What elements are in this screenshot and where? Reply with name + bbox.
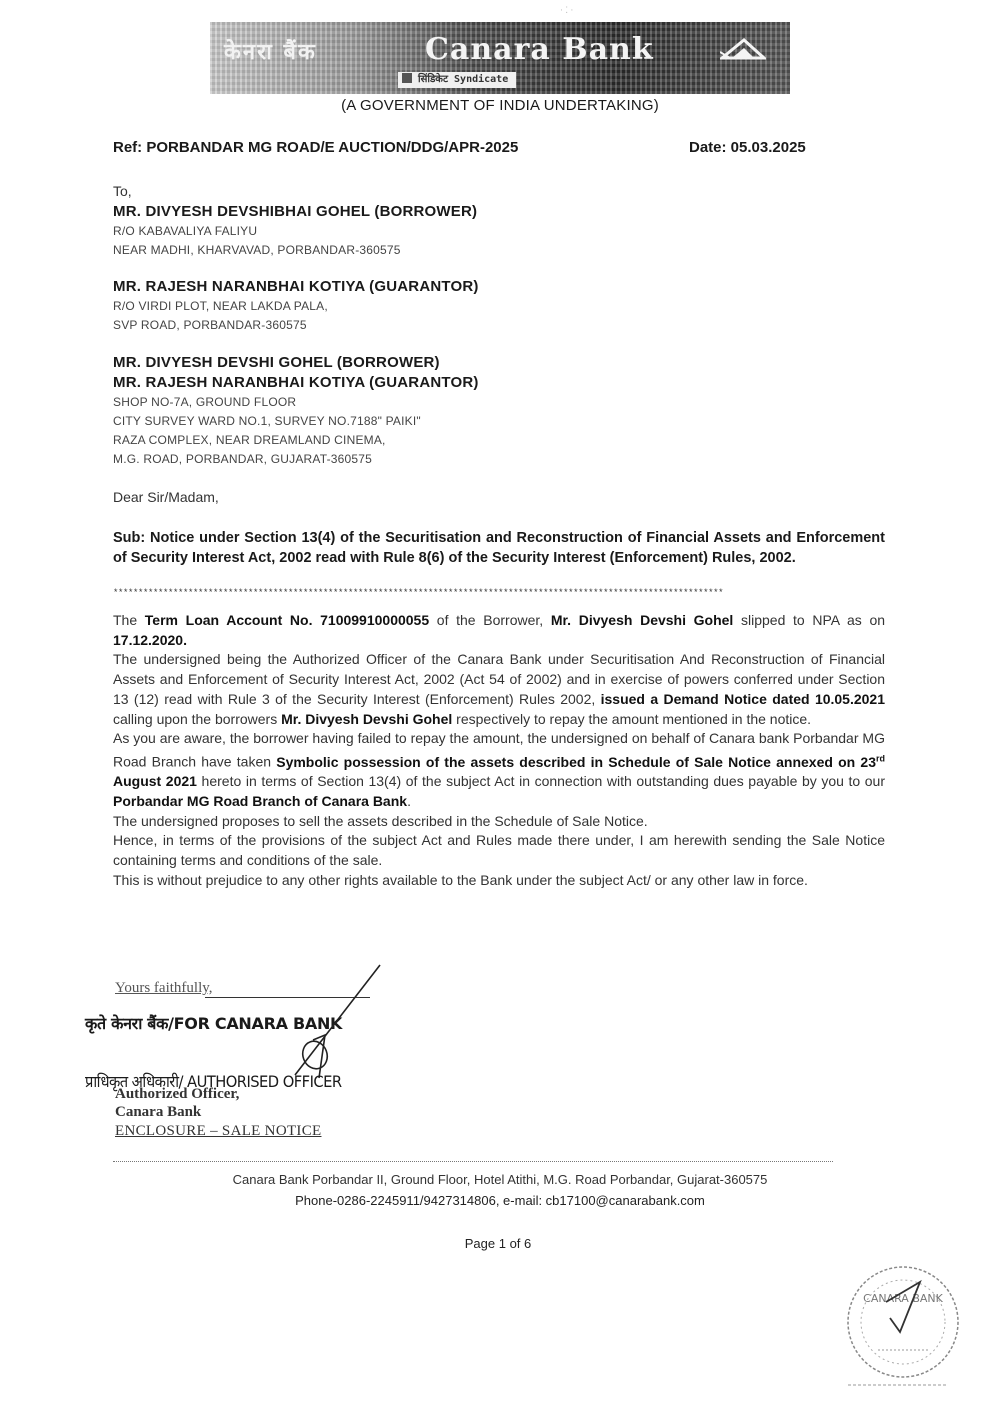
addressee-name: MR. DIVYESH DEVSHI GOHEL (BORROWER) — [113, 353, 479, 373]
syndicate-text: सिंडिकेट Syndicate — [418, 74, 508, 85]
salutation: Dear Sir/Madam, — [113, 489, 219, 505]
address-line: M.G. ROAD, PORBANDAR, GUJARAT-360575 — [113, 450, 479, 469]
body-paragraph-npa: The Term Loan Account No. 71009910000055… — [113, 611, 885, 650]
enclosure-note: ENCLOSURE – SALE NOTICE — [115, 1123, 321, 1140]
bank-name: Canara Bank — [425, 32, 654, 67]
syndicate-tagline: सिंडिकेट Syndicate — [398, 72, 516, 88]
government-undertaking-line: (A GOVERNMENT OF INDIA UNDERTAKING) — [0, 97, 1000, 114]
addressee-name: MR. RAJESH NARANBHAI KOTIYA (GUARANTOR) — [113, 373, 479, 393]
address-line: SHOP NO-7A, GROUND FLOOR — [113, 393, 479, 412]
reference-number: Ref: PORBANDAR MG ROAD/E AUCTION/DDG/APR… — [113, 139, 518, 156]
body-paragraph-possession: As you are aware, the borrower having fa… — [113, 729, 885, 811]
syndicate-logo-icon — [402, 73, 412, 83]
bank-name-hindi: केनरा बैंक — [224, 36, 317, 66]
addressee-block-2: MR. RAJESH NARANBHAI KOTIYA (GUARANTOR) … — [113, 277, 479, 335]
bank-letterhead-banner: केनरा बैंक Canara Bank सिंडिकेट Syndicat… — [210, 22, 790, 94]
scan-specks: · ⁚ · — [560, 5, 573, 16]
address-line: CITY SURVEY WARD NO.1, SURVEY NO.7188" P… — [113, 412, 479, 431]
footer-contact: Phone-0286-2245911/9427314806, e-mail: c… — [0, 1193, 1000, 1208]
signatory-designation: Authorized Officer, — [115, 1086, 239, 1103]
letter-body: The Term Loan Account No. 71009910000055… — [113, 611, 885, 891]
footer-divider — [113, 1161, 833, 1162]
body-paragraph-demand-notice: The undersigned being the Authorized Off… — [113, 650, 885, 729]
footer-address: Canara Bank Porbandar II, Ground Floor, … — [0, 1172, 1000, 1187]
stamp-text: CANARA BANK — [863, 1292, 943, 1305]
address-line: R/O VIRDI PLOT, NEAR LAKDA PALA, — [113, 297, 479, 316]
bank-seal-stamp-icon: CANARA BANK — [838, 1260, 968, 1390]
addressee-name: MR. RAJESH NARANBHAI KOTIYA (GUARANTOR) — [113, 277, 479, 297]
address-line: R/O KABAVALIYA FALIYU — [113, 222, 477, 241]
body-paragraph-prejudice: This is without prejudice to any other r… — [113, 871, 885, 891]
address-line: NEAR MADHI, KHARVAVAD, PORBANDAR-360575 — [113, 241, 477, 260]
body-paragraph-proposal: The undersigned proposes to sell the ass… — [113, 812, 885, 832]
address-line: RAZA COMPLEX, NEAR DREAMLAND CINEMA, — [113, 431, 479, 450]
canara-logo-icon — [720, 36, 766, 66]
body-paragraph-sending: Hence, in terms of the provisions of the… — [113, 831, 885, 870]
signatory-bank: Canara Bank — [115, 1104, 201, 1121]
addressee-block-1: To, MR. DIVYESH DEVSHIBHAI GOHEL (BORROW… — [113, 183, 477, 260]
asterisk-separator: ****************************************… — [113, 588, 885, 598]
page-number: Page 1 of 6 — [0, 1236, 996, 1251]
letter-date: Date: 05.03.2025 — [689, 139, 806, 156]
address-line: SVP ROAD, PORBANDAR-360575 — [113, 316, 479, 335]
addressee-name: MR. DIVYESH DEVSHIBHAI GOHEL (BORROWER) — [113, 202, 477, 222]
addressee-block-3: MR. DIVYESH DEVSHI GOHEL (BORROWER) MR. … — [113, 353, 479, 469]
closing: Yours faithfully, — [115, 980, 213, 997]
subject-line: Sub: Notice under Section 13(4) of the S… — [113, 529, 885, 568]
to-label: To, — [113, 183, 477, 199]
